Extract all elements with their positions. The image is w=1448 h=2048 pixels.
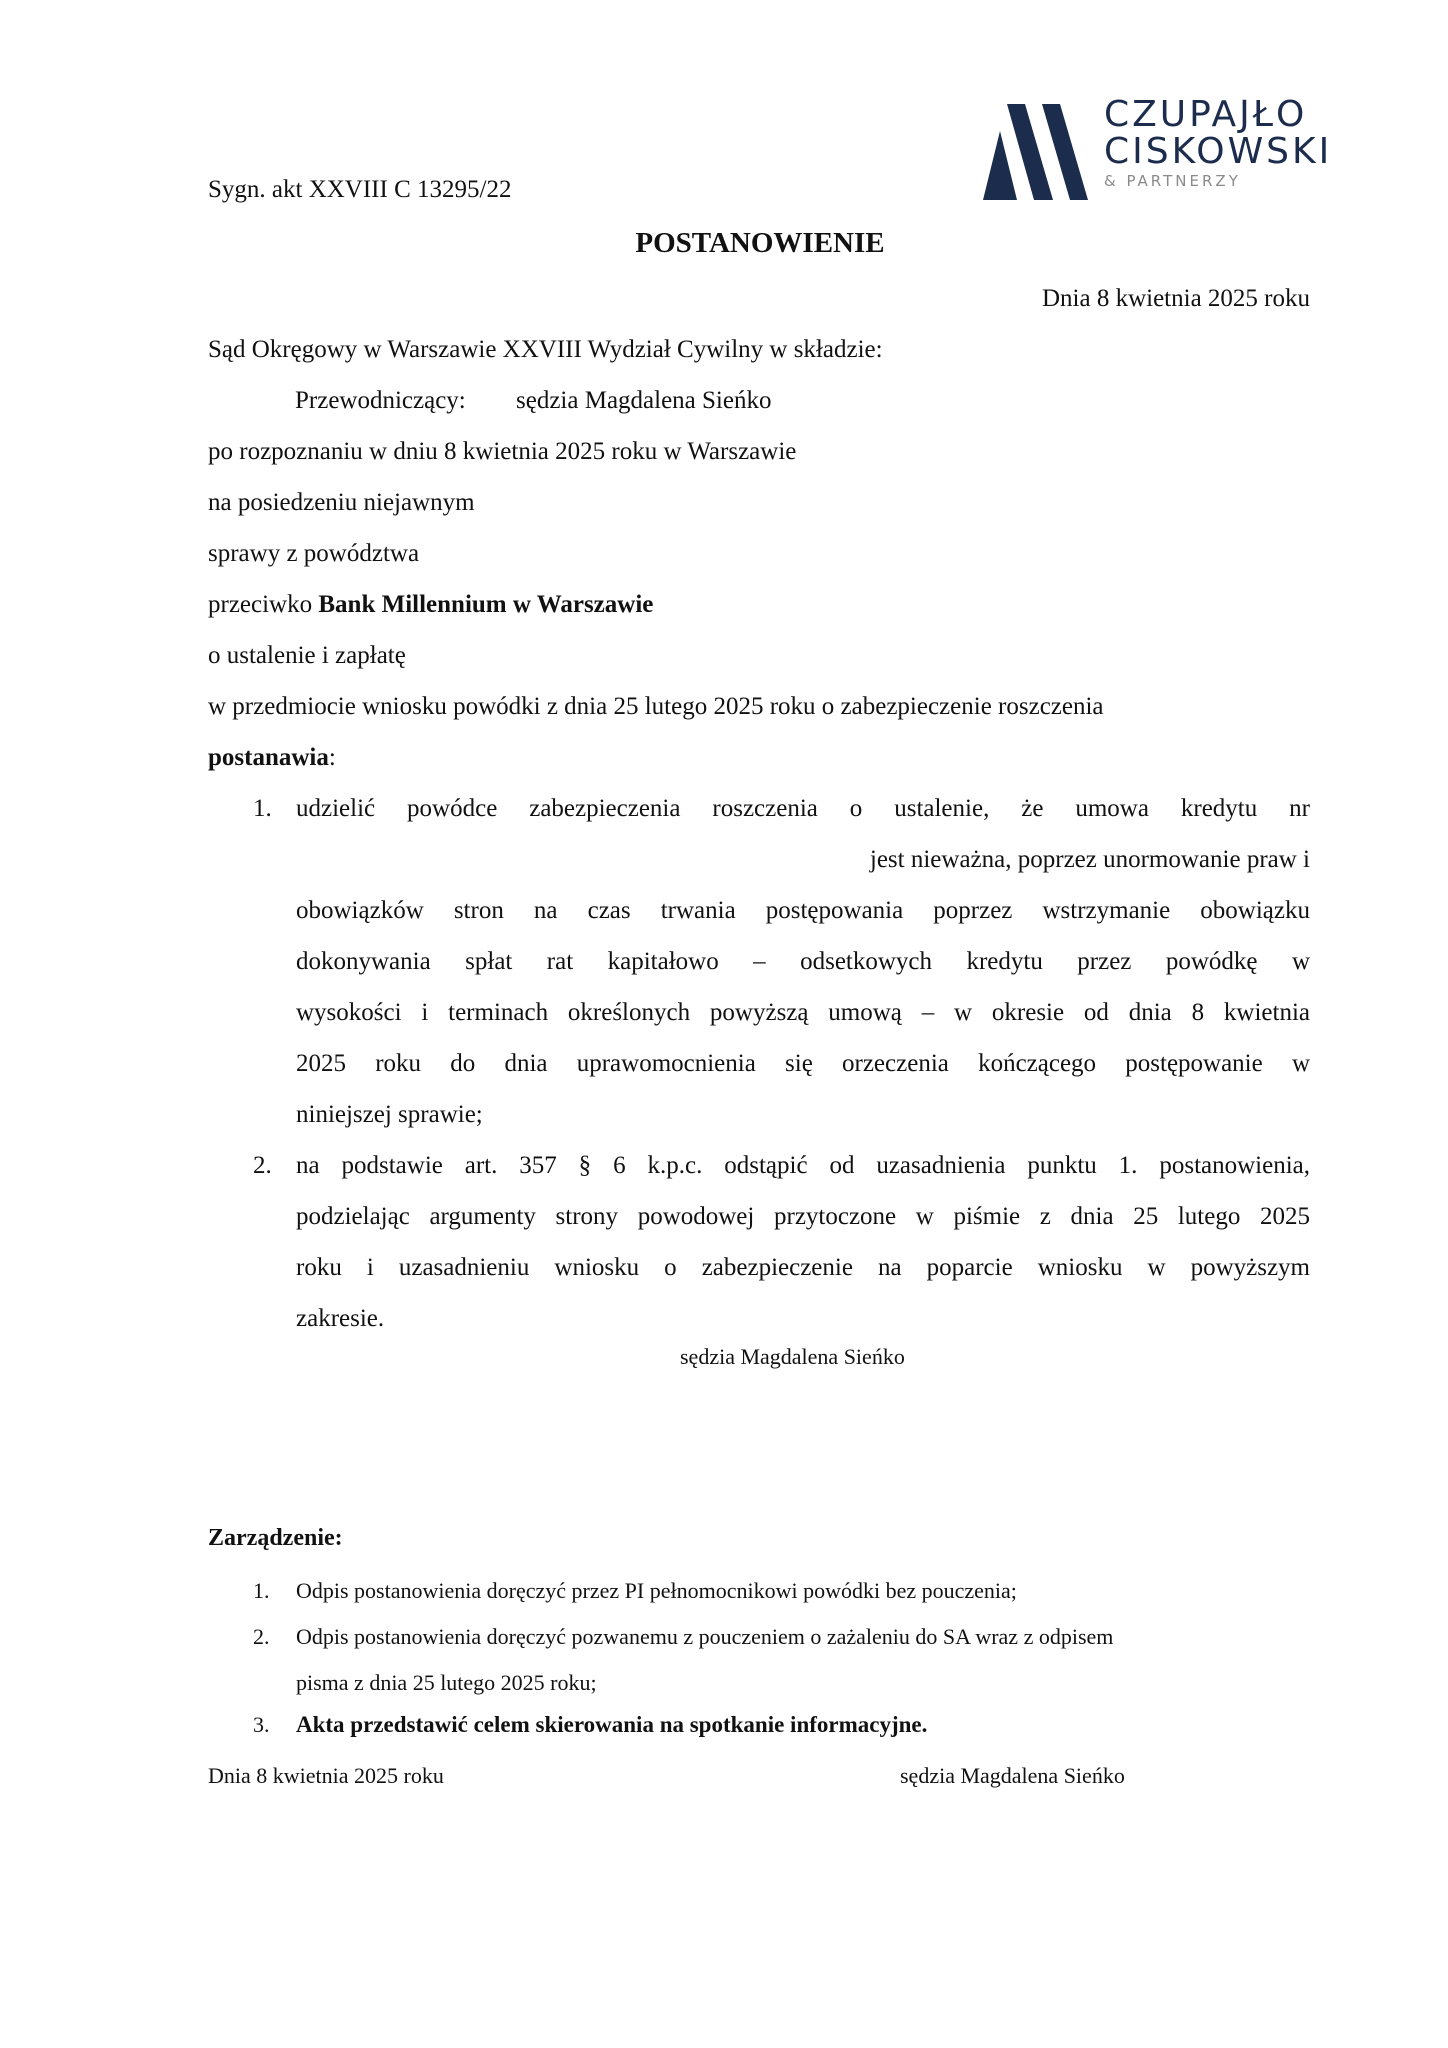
document-title: POSTANOWIENIE [0,226,1448,260]
decision-item-number: 2. [253,1151,272,1181]
order-item-line: pisma z dnia 25 lutego 2025 roku; [296,1669,597,1697]
decision-item-line: wysokości i terminach określonych powyżs… [296,998,1310,1028]
decision-signature: sędzia Magdalena Sieńko [680,1343,905,1371]
intro-line: po rozpoznaniu w dniu 8 kwietnia 2025 ro… [208,437,796,467]
firm-name-line3: & PARTNERZY [1104,171,1332,191]
decision-item-line: 2025 roku do dnia uprawomocnienia się or… [296,1049,1310,1079]
firm-name-line1: CZUPAJŁO [1104,96,1332,133]
decision-item-line: na podstawie art. 357 § 6 k.p.c. odstąpi… [296,1151,1310,1181]
defendant-prefix: przeciwko [208,591,318,618]
footer-date: Dnia 8 kwietnia 2025 roku [208,1762,444,1790]
order-item-number: 1. [253,1577,270,1605]
decides-line: postanawia: [208,743,336,773]
firm-logo-mark-icon [983,104,1093,202]
decision-item-line: jest nieważna, poprzez unormowanie praw … [870,845,1310,875]
decision-item-line: niniejszej sprawie; [296,1100,483,1130]
intro-line: sprawy z powództwa [208,539,419,569]
decision-item-number: 1. [253,794,272,824]
chair-label: Przewodniczący: [295,386,466,416]
court-composition: Sąd Okręgowy w Warszawie XXVIII Wydział … [208,335,883,365]
order-item-line: Odpis postanowienia doręczyć przez PI pe… [296,1577,1017,1605]
defendant-line: przeciwko Bank Millennium w Warszawie [208,590,653,620]
decision-item-line: podzielając argumenty strony powodowej p… [296,1202,1310,1232]
order-heading: Zarządzenie: [208,1524,343,1552]
case-matter: w przedmiocie wniosku powódki z dnia 25 … [208,692,1104,722]
decision-item-line: obowiązków stron na czas trwania postępo… [296,896,1310,926]
decides-colon: : [329,744,336,771]
order-item-line: Odpis postanowienia doręczyć pozwanemu z… [296,1623,1113,1651]
order-item-line: Akta przedstawić celem skierowania na sp… [296,1711,927,1739]
decision-item-line: dokonywania spłat rat kapitałowo – odset… [296,947,1310,977]
firm-name-line2: CISKOWSKI [1104,133,1332,170]
firm-logo-text: CZUPAJŁO CISKOWSKI & PARTNERZY [1104,96,1332,191]
footer-signature: sędzia Magdalena Sieńko [900,1762,1125,1790]
decides-label: postanawia [208,744,329,771]
chair-name: sędzia Magdalena Sieńko [516,386,771,416]
intro-line: na posiedzeniu niejawnym [208,488,475,518]
decision-item-line: zakresie. [296,1304,384,1334]
document-date: Dnia 8 kwietnia 2025 roku [1042,284,1310,314]
case-subject: o ustalenie i zapłatę [208,641,406,671]
decision-item-line: udzielić powódce zabezpieczenia roszczen… [296,794,1310,824]
order-item-number: 3. [253,1711,270,1739]
order-item-number: 2. [253,1623,270,1651]
case-reference: Sygn. akt XXVIII C 13295/22 [208,175,511,205]
defendant-name: Bank Millennium w Warszawie [318,591,653,618]
decision-item-line: roku i uzasadnieniu wniosku o zabezpiecz… [296,1253,1310,1283]
